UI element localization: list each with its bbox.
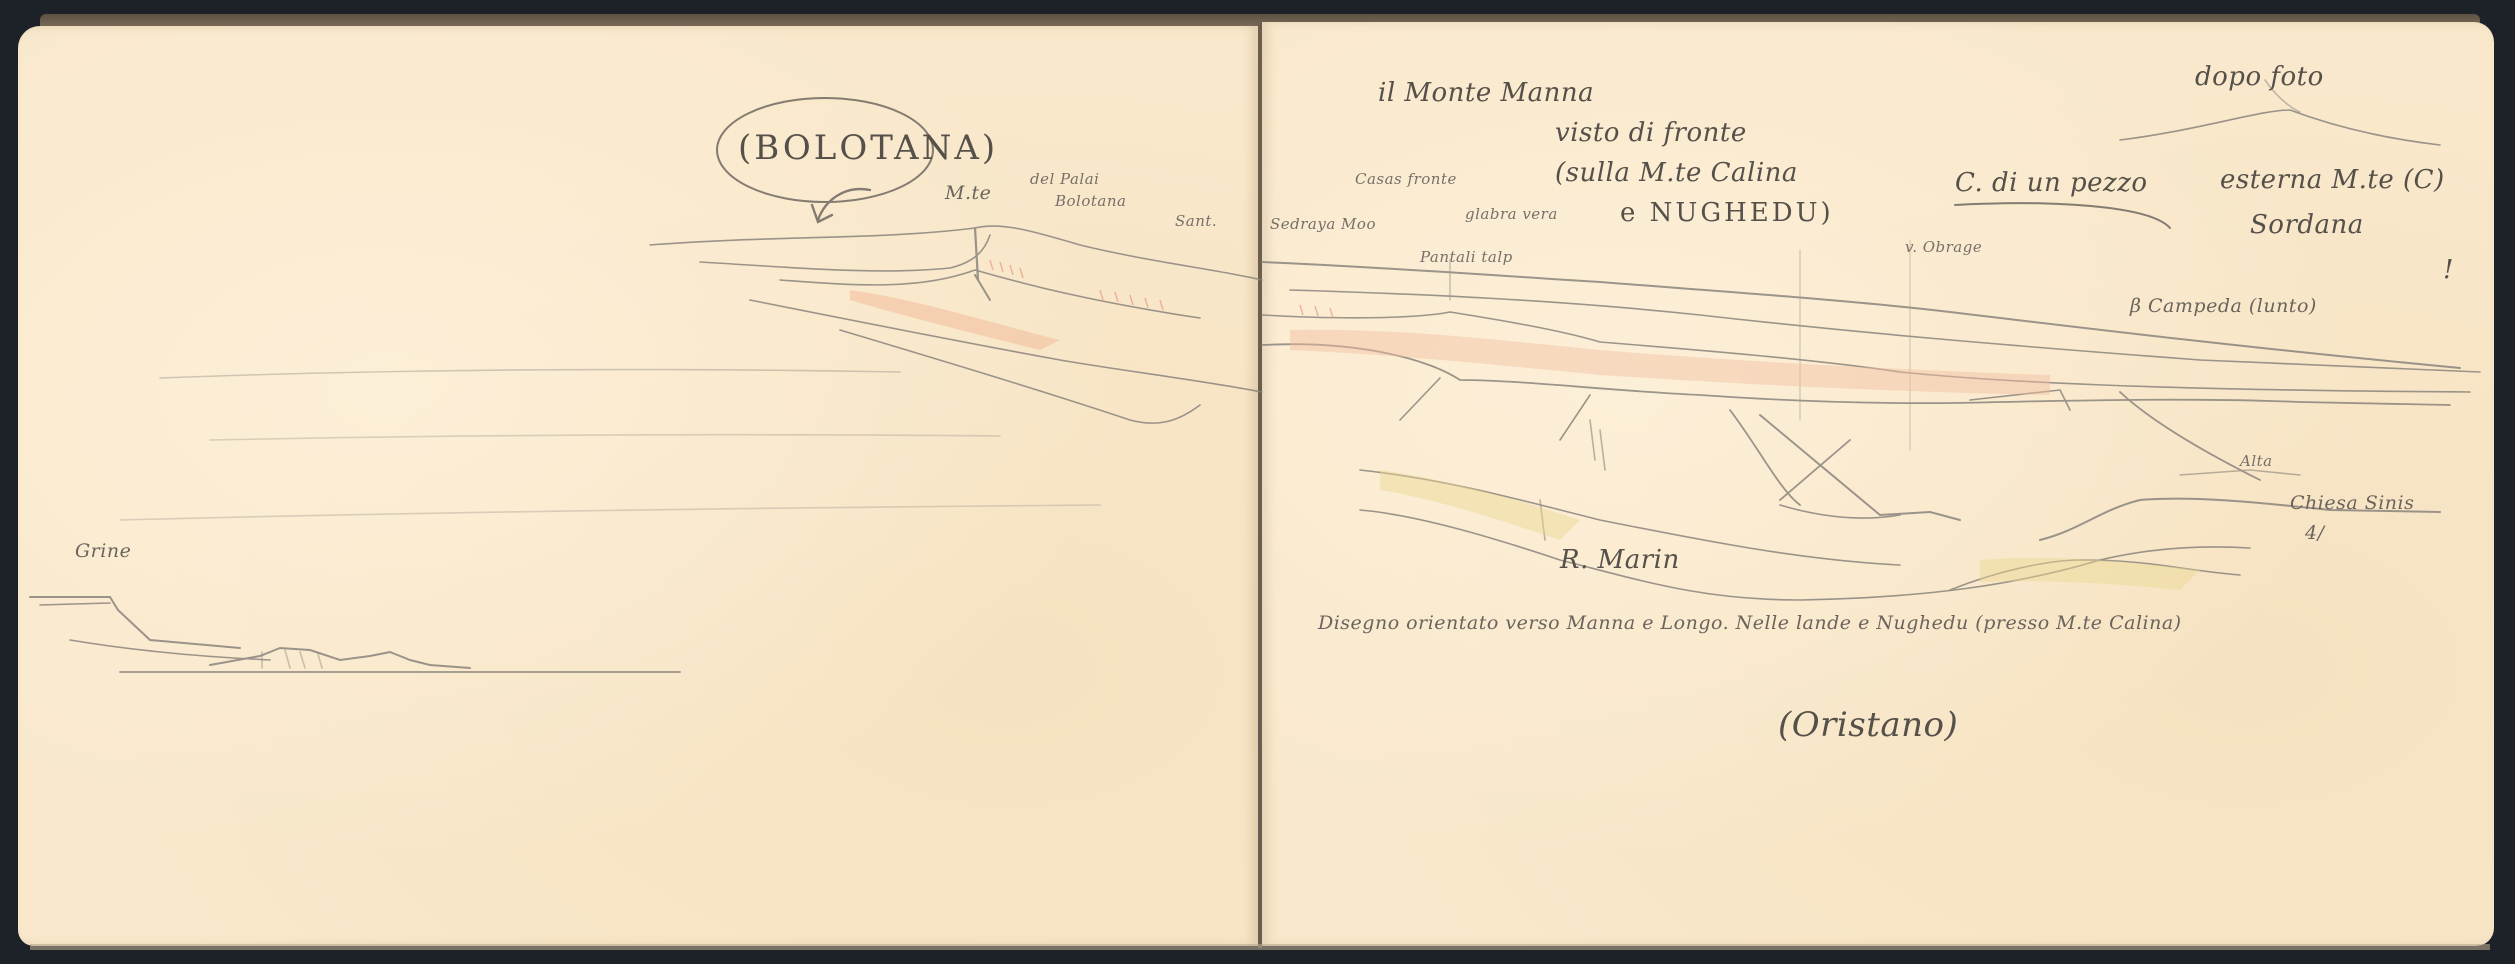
note-caption: Disegno orientato verso Manna e Longo. N…: [1318, 612, 2182, 634]
note-peak-label: M.te: [945, 182, 991, 204]
note-corner: dopo foto: [2195, 62, 2324, 92]
note-obrage: v. Obrage: [1905, 238, 1982, 256]
sketchbook-spread: (BOLOTANA) M.te del Palai Bolotana Sant.…: [0, 0, 2515, 964]
note-title-line-3: (sulla M.te Calina: [1555, 158, 1798, 188]
note-external: esterna M.te (C): [2220, 165, 2445, 195]
note-camera: Casas fronte: [1355, 170, 1457, 188]
note-glabra: glabra vera: [1465, 205, 1558, 223]
note-sordana: Sordana: [2250, 210, 2364, 240]
note-peak-sub-1: del Palai: [1030, 170, 1099, 188]
right-page: [1262, 22, 2494, 946]
note-title-line-2: visto di fronte: [1555, 118, 1747, 148]
note-sant: Sant.: [1175, 212, 1217, 230]
binding-gutter: [1258, 18, 1262, 948]
note-caption-footer: (Oristano): [1778, 705, 1958, 745]
note-bolotana: (BOLOTANA): [738, 128, 998, 168]
note-peak-sub-2: Bolotana: [1055, 192, 1126, 210]
note-pantali: Pantali talp: [1420, 248, 1513, 266]
note-alta: Alta: [2240, 452, 2273, 470]
note-chiesa: Chiesa Sinis: [2290, 492, 2414, 514]
note-grim: Grine: [75, 540, 131, 562]
note-campeda: β Campeda (lunto): [2130, 295, 2317, 317]
note-r-marin: R. Marin: [1560, 545, 1680, 575]
note-exclaim: !: [2443, 255, 2454, 285]
note-title-line-4: e NUGHEDU): [1620, 198, 1834, 228]
note-sedrayalli: Sedraya Moo: [1270, 215, 1376, 233]
note-chiesa-sub: 4/: [2305, 522, 2325, 544]
left-page: [18, 26, 1258, 946]
note-c-pezzo: C. di un pezzo: [1955, 168, 2148, 198]
page-bottom-edge: [30, 944, 2490, 950]
note-title-line-1: il Monte Manna: [1378, 78, 1594, 108]
